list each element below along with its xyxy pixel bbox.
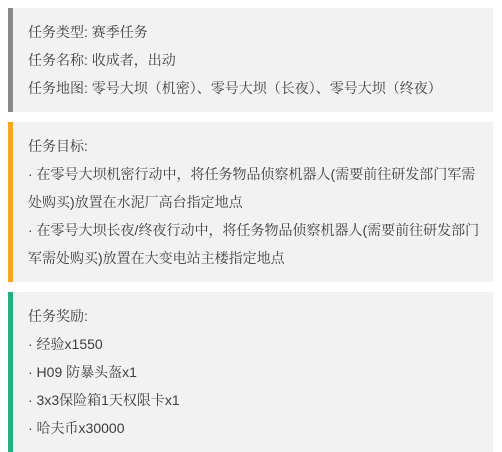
reward-item: · 哈夫币x30000 xyxy=(28,414,480,442)
reward-item: · 经验x1550 xyxy=(28,330,480,358)
quest-name-line: 任务名称: 收成者，出动 xyxy=(28,46,480,74)
quest-type-line: 任务类型: 赛季任务 xyxy=(28,18,480,46)
quest-objectives-card: 任务目标: · 在零号大坝机密行动中，将任务物品侦察机器人(需要前往研发部门军需… xyxy=(8,122,493,282)
objective-item: · 在零号大坝机密行动中，将任务物品侦察机器人(需要前往研发部门军需处购买)放置… xyxy=(28,160,480,216)
quest-map-line: 任务地图: 零号大坝（机密）、零号大坝（长夜）、零号大坝（终夜） xyxy=(28,74,480,102)
quest-rewards-card: 任务奖励: · 经验x1550 · H09 防暴头盔x1 · 3x3保险箱1天权… xyxy=(8,292,493,452)
rewards-title: 任务奖励: xyxy=(28,302,480,330)
quest-info-card: 任务类型: 赛季任务 任务名称: 收成者，出动 任务地图: 零号大坝（机密）、零… xyxy=(8,8,493,112)
quest-detail-page: 任务类型: 赛季任务 任务名称: 收成者，出动 任务地图: 零号大坝（机密）、零… xyxy=(0,0,502,452)
objective-item: · 在零号大坝长夜/终夜行动中，将任务物品侦察机器人(需要前往研发部门军需处购买… xyxy=(28,216,480,272)
objectives-title: 任务目标: xyxy=(28,132,480,160)
reward-item: · 3x3保险箱1天权限卡x1 xyxy=(28,386,480,414)
reward-item: · H09 防暴头盔x1 xyxy=(28,358,480,386)
